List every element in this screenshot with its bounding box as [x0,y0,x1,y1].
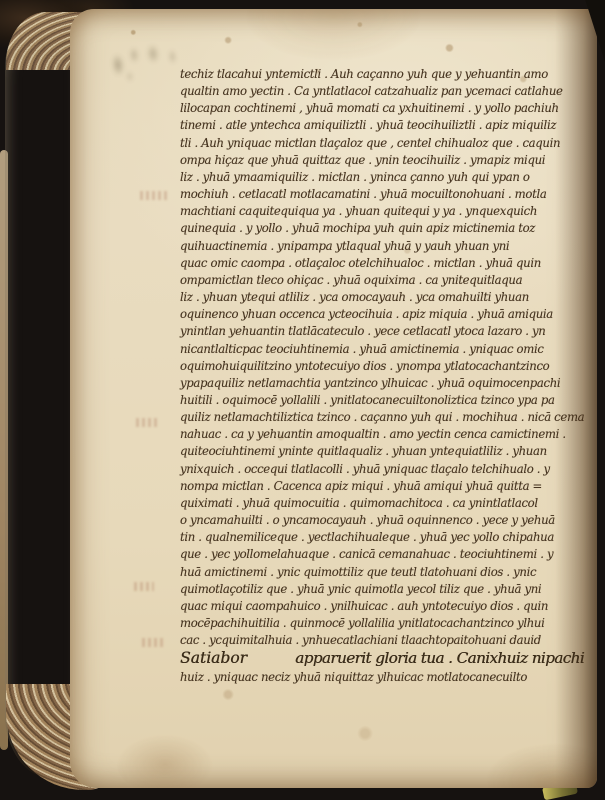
manuscript-line: quihuactinemia . ynipampa ytlaqual yhuā … [180,238,584,255]
ink-offset-stain [99,28,191,90]
manuscript-line: machtiani caquitequiqua ya . yhuan quite… [180,203,584,220]
manuscript-line: que . yec yollomelahuaque . canicā ceman… [180,546,584,563]
manuscript-line: ompa hiçaz que yhuā quittaz que . ynin t… [180,152,584,169]
latin-incipit-word: Satiabor [180,649,295,669]
manuscript-page: techiz tlacahui yntemictli . Auh caçanno… [70,9,597,788]
manuscript-line: tli . Auh yniquac mictlan tlaçaloz que ,… [180,135,584,152]
manuscript-line: ynixquich . occequi tlatlacolli . yhuā y… [180,461,584,478]
manuscript-line: tin . qualnemiliceque . yectlachihualequ… [180,529,584,546]
bleed-through-mark [142,638,166,647]
latin-heading-line: Satiabor apparuerit gloria tua . Canixhu… [180,649,584,669]
manuscript-line: lilocapan cochtinemi , yhuā momati ca yx… [180,100,584,117]
bleed-through-mark [136,418,158,427]
latin-incipit-continuation: apparuerit gloria tua . Canixhuiz nipach… [295,649,584,669]
manuscript-line: quiteociuhtinemi yninte quitlaqualiz . y… [180,443,584,460]
manuscript-line: quac omic caompa . otlaçaloc otelchihual… [180,255,584,272]
book-photo: techiz tlacahui yntemictli . Auh caçanno… [0,0,605,800]
text-block: techiz tlacahui yntemictli . Auh caçanno… [180,66,584,686]
manuscript-line: nahuac . ca y yehuantin amoqualtin . amo… [180,426,584,443]
manuscript-line: liz . yhuā ymaamiquiliz . mictlan . ynin… [180,169,584,186]
manuscript-line: oquinenco yhuan occenca ycteocihuia . ap… [180,306,584,323]
manuscript-line: ynintlan yehuantin tlatlācateculo . yece… [180,323,584,340]
manuscript-line: ompamictlan tleco ohiçac . yhuā oquixima… [180,272,584,289]
bleed-through-mark [134,582,154,591]
manuscript-line: techiz tlacahui yntemictli . Auh caçanno… [180,66,584,83]
bleed-through-mark [140,191,168,200]
manuscript-line: tinemi . atle yntechca amiquiliztli . yh… [180,117,584,134]
manuscript-line: liz . yhuan ytequi atliliz . yca omocaya… [180,289,584,306]
body-text-lines: techiz tlacahui yntemictli . Auh caçanno… [180,66,584,649]
manuscript-line: huitili . oquimocē yollalili . ynitlatoc… [180,392,584,409]
manuscript-line: huā amictinemi . ynic quimottiliz que te… [180,564,584,581]
manuscript-line: cac . ycquimitalhuia . ynhuecatlachiani … [180,632,584,649]
manuscript-line: quiximati . yhuā quimocuitia . quimomach… [180,495,584,512]
manuscript-line: qualtin amo yectin . Ca yntlatlacol catz… [180,83,584,100]
manuscript-line: o yncamahuilti . o yncamocayauh . yhuā o… [180,512,584,529]
manuscript-line: mocēpachihuitilia . quinmocē yollalilia … [180,615,584,632]
manuscript-line: quinequia . y yollo . yhuā mochipa yuh q… [180,220,584,237]
manuscript-line: nompa mictlan . Cacenca apiz miqui . yhu… [180,478,584,495]
manuscript-line: quimotlaçotiliz que . yhuā ynic quimotla… [180,581,584,598]
manuscript-line: mochiuh . cetlacatl motlacamatini . yhuā… [180,186,584,203]
manuscript-line: oquimohuiquilitzino yntotecuiyo dios . y… [180,358,584,375]
manuscript-line: quiliz netlamachtiliztica tzinco . caçan… [180,409,584,426]
manuscript-line: ypapaquiliz netlamachtia yantzinco ylhui… [180,375,584,392]
manuscript-line: nicantlalticpac teociuhtinemia . yhuā am… [180,341,584,358]
closing-line: huiz . yniquac neciz yhuā niquittaz ylhu… [180,669,584,686]
manuscript-line: quac miqui caompahuico . ynilhuicac . au… [180,598,584,615]
